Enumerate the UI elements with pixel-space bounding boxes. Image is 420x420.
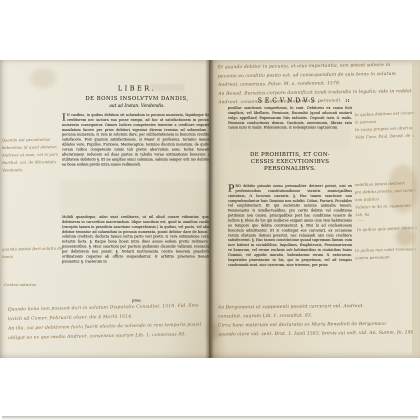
show-through-ghost bbox=[150, 84, 184, 91]
annotation-line: quando clare vid. sent. Brat. 1. Iunii 1… bbox=[218, 328, 420, 339]
left-chapter-subtitle-text: aut ad Instan. Vendendis. bbox=[62, 103, 212, 109]
paper-stain bbox=[396, 228, 414, 246]
left-paragraph-2-text: Mobili quandoque, adeo sunt creditores, … bbox=[62, 215, 212, 264]
section-heading-line: DE PROHIBITIS, ET CON- bbox=[228, 151, 352, 158]
left-marginalia-note-2: quando potest fieri solutio de bonis bbox=[2, 244, 64, 263]
marginalia-line: Vide Cons. Paul. Bened. de q. Bl. bbox=[355, 131, 419, 143]
right-body-paragraph-2: PRO debitis priuatis nemo personaliter d… bbox=[228, 184, 352, 302]
marginalia-line: contra personam bbox=[355, 253, 419, 262]
left-chapter-title-text: DE BONIS INSOLVTVM DANDIS, bbox=[62, 95, 212, 102]
right-marginalia-note-1: In quibus debitum est civium in pecunia … bbox=[354, 109, 419, 143]
folio-number: 11 bbox=[345, 98, 357, 105]
book-photograph: LIBER. DE BONIS INSOLVTVM DANDIS, aut ad… bbox=[0, 0, 420, 420]
left-running-header: LIBER. bbox=[62, 85, 212, 94]
right-marginalia-note-4: In quibus non valet Concessio contra per… bbox=[355, 245, 419, 265]
right-running-header: SECVNDVS. bbox=[228, 97, 352, 105]
section-heading-line: CESSIS EXECVTIONIBVS bbox=[228, 158, 352, 165]
right-drop-cap: P bbox=[228, 185, 234, 194]
paper-stain bbox=[388, 165, 418, 213]
marginalia-line: Barthol. vol. de Mirandula bbox=[2, 158, 62, 167]
right-running-header-text: SECVNDVS. bbox=[228, 97, 352, 105]
left-marginalia-note-3: Contra notarios bbox=[4, 281, 60, 291]
section-heading-line: PERSONALIBVS. bbox=[228, 165, 352, 172]
right-section-heading: DE PROHIBITIS, ET CON- CESSIS EXECVTIONI… bbox=[228, 151, 352, 174]
left-running-header-text: LIBER. bbox=[62, 85, 212, 93]
left-drop-cap: I bbox=[62, 114, 66, 123]
paper-stain bbox=[30, 68, 56, 88]
book-bottom-shadow bbox=[2, 416, 418, 420]
show-through-ghost bbox=[229, 120, 351, 150]
marginalia-line: Vendenda. bbox=[2, 165, 62, 174]
marginalia-line: quando potest fieri solutio de bbox=[2, 244, 64, 253]
folio-number-text: 11 bbox=[345, 98, 357, 104]
left-page: LIBER. DE BONIS INSOLVTVM DANDIS, aut ad… bbox=[0, 60, 209, 358]
right-foot-annotation: An Bergomensi ut supponenti possint carc… bbox=[218, 301, 420, 347]
left-paragraph-1-text: N casibus, in quibus debitum sit soluend… bbox=[62, 113, 212, 166]
left-foot-annotation: Quando bona non possunt dari in solutum … bbox=[8, 301, 209, 347]
fore-edge-page-stack bbox=[412, 62, 420, 356]
show-through-ghost bbox=[60, 180, 210, 220]
gutter-shadow bbox=[205, 60, 214, 358]
right-paragraph-2-text: RO debitis priuatis nemo personaliter de… bbox=[228, 184, 352, 267]
paper-stain bbox=[207, 322, 219, 340]
marginalia-line: bonis bbox=[2, 252, 64, 261]
left-chapter-subtitle: aut ad Instan. Vendendis. bbox=[62, 103, 212, 110]
left-body-paragraph-2: Mobili quandoque, adeo sunt creditores, … bbox=[62, 215, 212, 298]
book-spread: LIBER. DE BONIS INSOLVTVM DANDIS, aut ad… bbox=[0, 60, 420, 358]
left-marginalia-note-1: Quando est pecuniarius debeamus id quod … bbox=[2, 135, 63, 178]
marginalia-line: Contra notarios bbox=[4, 281, 60, 289]
left-chapter-title: DE BONIS INSOLVTVM DANDIS, bbox=[62, 95, 212, 103]
right-page: Et quando debitor in pecunia, et eius im… bbox=[209, 60, 420, 358]
